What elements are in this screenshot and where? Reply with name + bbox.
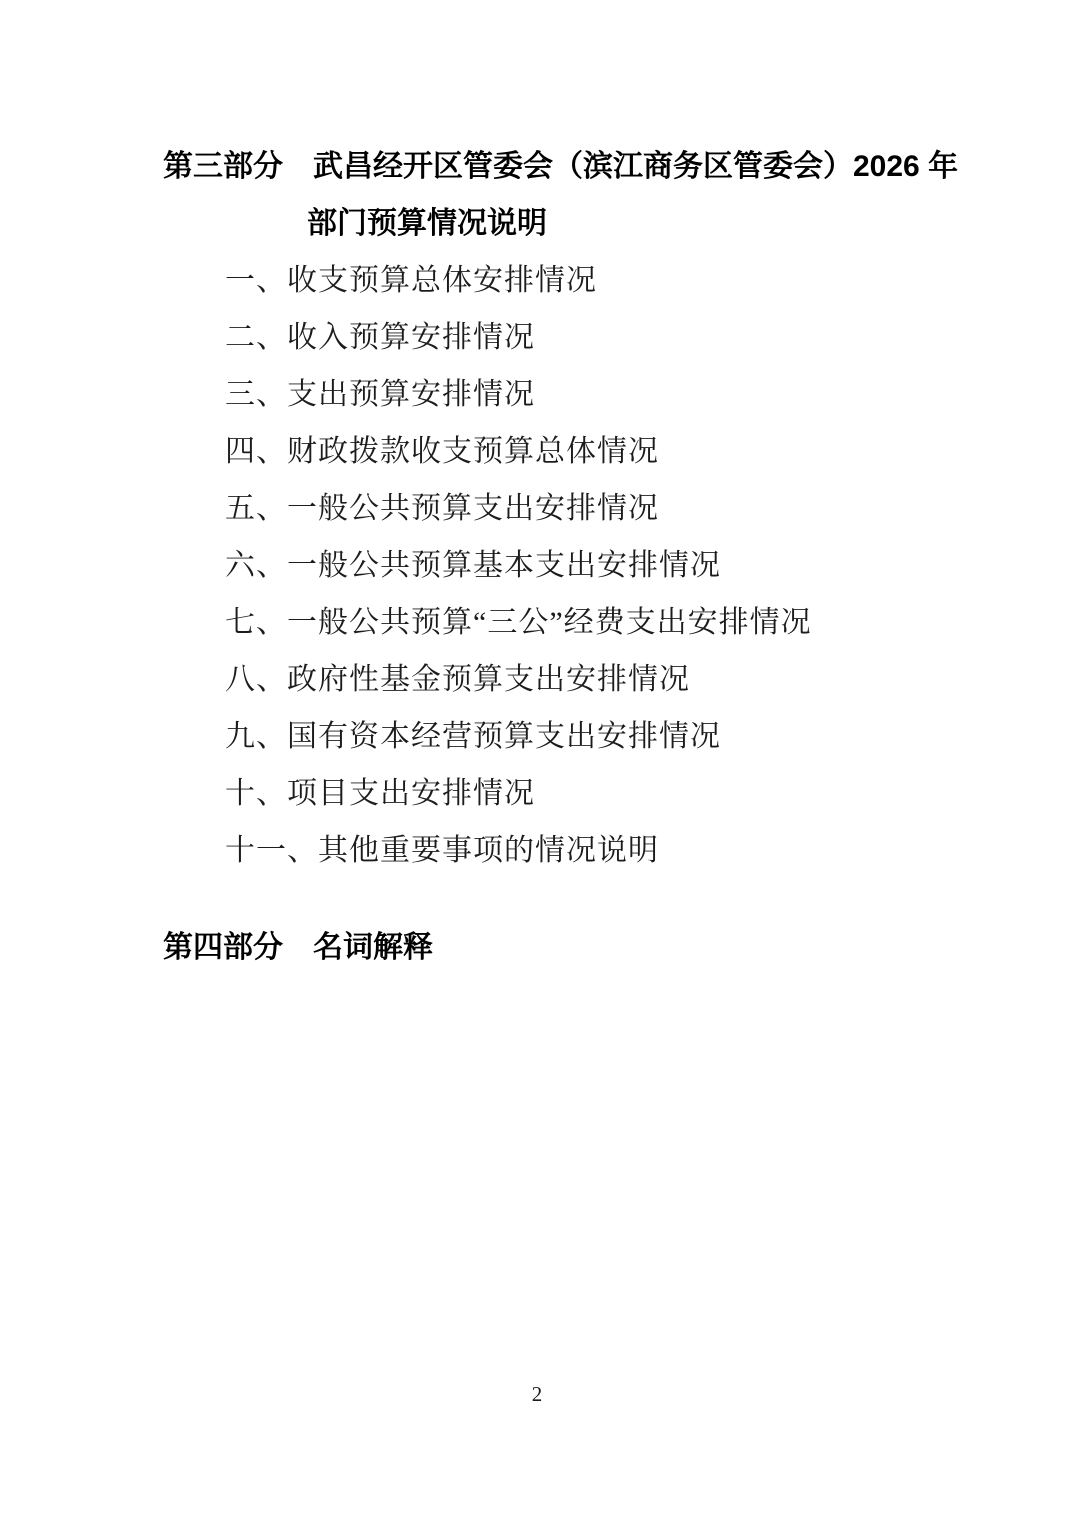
- toc-item-2: 二、收入预算安排情况: [0, 309, 1074, 366]
- toc-item-4: 四、财政拨款收支预算总体情况: [0, 423, 1074, 480]
- toc-item-11: 十一、其他重要事项的情况说明: [0, 822, 1074, 879]
- section4-title: 第四部分 名词解释: [0, 919, 1074, 976]
- page-number: 2: [0, 1380, 1074, 1408]
- section3-title: 第三部分 武昌经开区管委会（滨江商务区管委会）2026 年 部门预算情况说明: [0, 138, 1074, 252]
- toc-item-7: 七、一般公共预算“三公”经费支出安排情况: [0, 594, 1074, 651]
- toc-item-8: 八、政府性基金预算支出安排情况: [0, 651, 1074, 708]
- section3-title-line2: 部门预算情况说明: [0, 195, 1074, 252]
- toc-item-10: 十、项目支出安排情况: [0, 765, 1074, 822]
- toc-item-3: 三、支出预算安排情况: [0, 366, 1074, 423]
- document-content: 第三部分 武昌经开区管委会（滨江商务区管委会）2026 年 部门预算情况说明 一…: [0, 0, 1074, 976]
- toc-list: 一、收支预算总体安排情况 二、收入预算安排情况 三、支出预算安排情况 四、财政拨…: [0, 252, 1074, 879]
- toc-item-5: 五、一般公共预算支出安排情况: [0, 480, 1074, 537]
- toc-item-9: 九、国有资本经营预算支出安排情况: [0, 708, 1074, 765]
- toc-item-1: 一、收支预算总体安排情况: [0, 252, 1074, 309]
- section3-title-line1: 第三部分 武昌经开区管委会（滨江商务区管委会）2026 年: [0, 138, 1074, 195]
- document-page: 第三部分 武昌经开区管委会（滨江商务区管委会）2026 年 部门预算情况说明 一…: [0, 0, 1074, 1520]
- toc-item-6: 六、一般公共预算基本支出安排情况: [0, 537, 1074, 594]
